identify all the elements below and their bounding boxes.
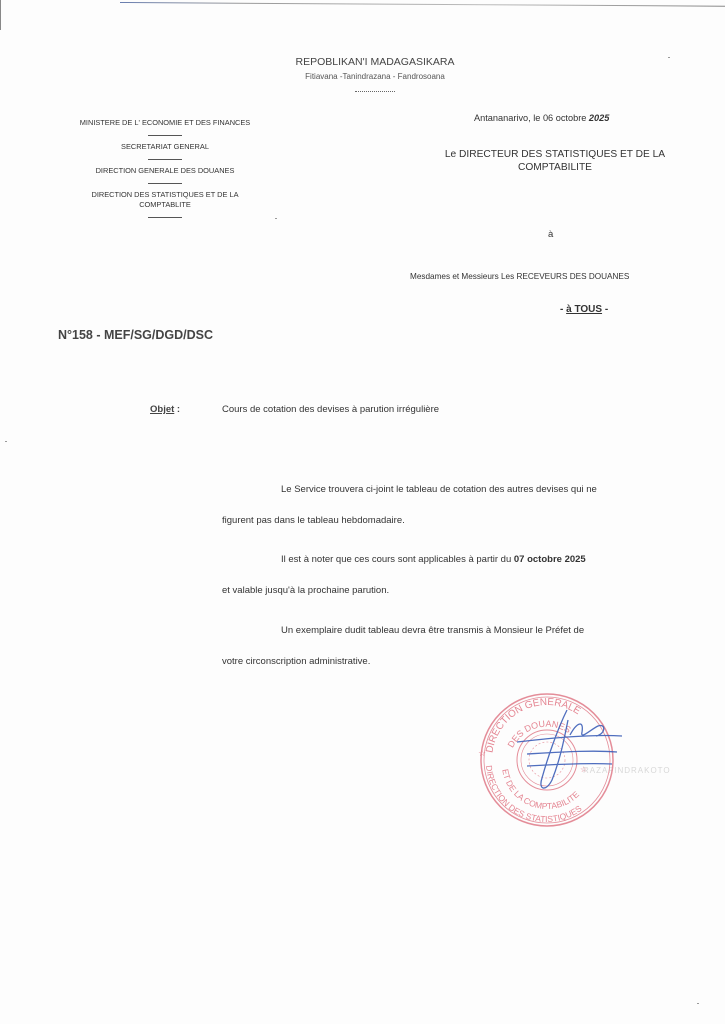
object-label-colon: : (174, 404, 180, 415)
reference-number: N°158 - MEF/SG/DGD/DSC (58, 328, 213, 342)
secretariat-general: SECRETARIAT GENERAL (50, 142, 280, 152)
paragraph-2-line-2: et valable jusqu'à la prochaine parution… (222, 575, 682, 606)
separator (148, 159, 182, 160)
object-label: Objet : (150, 404, 180, 415)
place-date: Antananarivo, le 06 octobre 2025 (474, 113, 694, 123)
scan-speck (275, 218, 277, 219)
paragraph-2-text: Il est à noter que ces cours sont applic… (281, 554, 514, 565)
ministry-name: MINISTERE DE L' ECONOMIE ET DES FINANCES (50, 118, 280, 128)
effective-date: 07 octobre 2025 (514, 554, 586, 565)
paragraph-1: Le Service trouvera ci-joint le tableau … (222, 474, 682, 536)
to-all-text: à TOUS (566, 304, 602, 315)
scan-edge-top (120, 2, 725, 7)
object-text: Cours de cotation des devises à parution… (222, 404, 439, 415)
paragraph-1-line-2: figurent pas dans le tableau hebdomadair… (222, 505, 682, 536)
to-word: à (548, 229, 553, 240)
direction-statistiques: DIRECTION DES STATISTIQUES ET DE LA COMP… (50, 190, 280, 210)
place-date-year: 2025 (589, 113, 609, 123)
paragraph-3-line-2: votre circonscription administrative. (222, 646, 682, 677)
object-label-text: Objet (150, 404, 174, 415)
svg-text:☆: ☆ (580, 765, 587, 774)
recipients: Mesdames et Messieurs Les RECEVEURS DES … (410, 272, 700, 281)
separator (148, 183, 182, 184)
ministry-block: MINISTERE DE L' ECONOMIE ET DES FINANCES… (50, 118, 280, 224)
scan-edge-left (0, 0, 1, 30)
paragraph-1-line-1: Le Service trouvera ci-joint le tableau … (222, 474, 682, 505)
paragraph-2-line-1: Il est à noter que ces cours sont applic… (222, 544, 682, 575)
svg-text:☆: ☆ (478, 748, 486, 758)
republic-title: REPOBLIKAN'I MADAGASIKARA (255, 56, 495, 68)
to-all: - à TOUS - (560, 304, 608, 315)
official-stamp-icon: DIRECTION GENERALE DES DOUANES DIRECTION… (472, 690, 622, 830)
scan-speck (697, 1003, 699, 1004)
place-date-text: Antananarivo, le 06 octobre (474, 113, 589, 123)
scan-speck (668, 57, 670, 58)
to-all-suffix: - (602, 304, 608, 315)
separator (148, 217, 182, 218)
paragraph-2: Il est à noter que ces cours sont applic… (222, 544, 682, 606)
paragraph-3: Un exemplaire dudit tableau devra être t… (222, 615, 682, 677)
sender-title: Le DIRECTEUR DES STATISTIQUES ET DE LA C… (430, 148, 680, 174)
republic-motto: Fitiavana -Tanindrazana - Fandrosoana (255, 72, 495, 81)
direction-generale-douanes: DIRECTION GENERALE DES DOUANES (50, 166, 280, 176)
scan-speck (5, 441, 7, 442)
motto-separator (335, 91, 415, 92)
separator (148, 135, 182, 136)
paragraph-3-line-1: Un exemplaire dudit tableau devra être t… (222, 615, 682, 646)
